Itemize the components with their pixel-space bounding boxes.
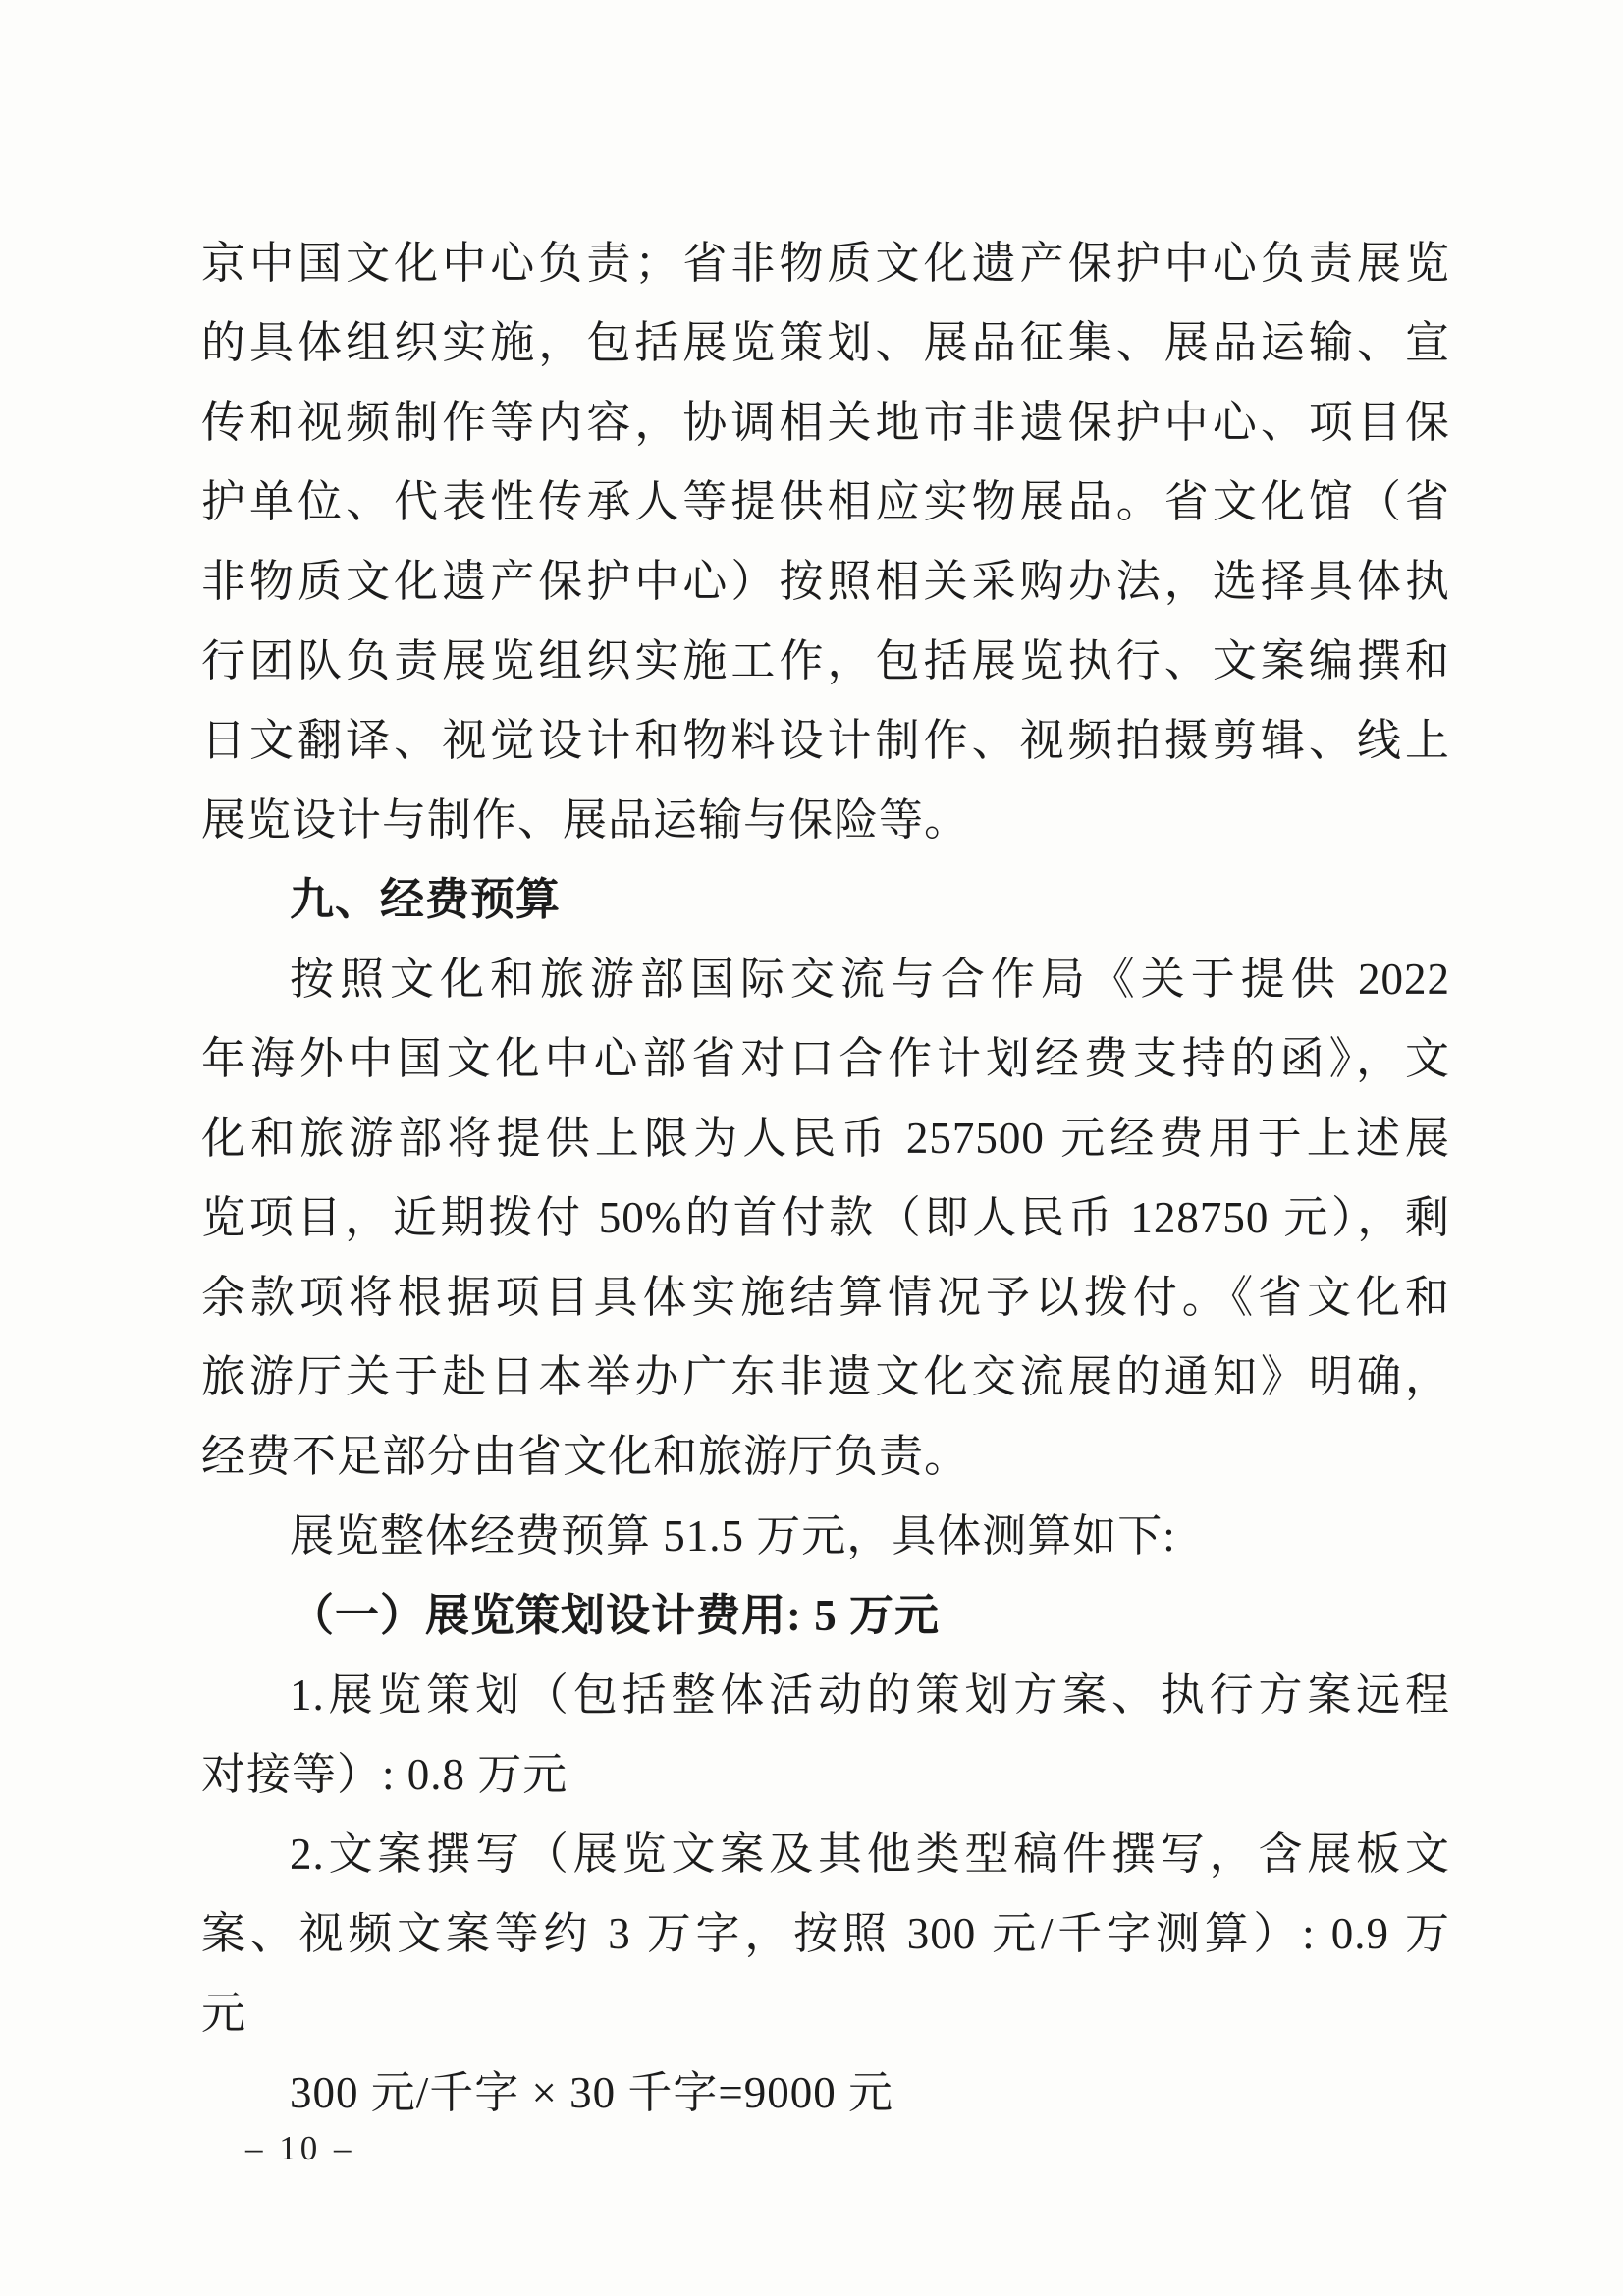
text-line: 行团队负责展览组织实施工作，包括展览执行、文案编撰和 [201,622,1450,701]
subsection-heading-planning-fee: （一）展览策划设计费用: 5 万元 [201,1576,1450,1656]
text-line: 展览设计与制作、展品运输与保险等。 [201,781,1450,860]
text-line: 案、视频文案等约 3 万字，按照 300 元/千字测算）: 0.9 万 [201,1894,1450,1974]
page-number: – 10 – [245,2129,355,2168]
section-heading-budget: 九、经费预算 [201,860,1450,940]
text-line: 1.展览策划（包括整体活动的策划方案、执行方案远程 [201,1656,1450,1735]
text-line: 年海外中国文化中心部省对口合作计划经费支持的函》，文 [201,1019,1450,1099]
text-line: 按照文化和旅游部国际交流与合作局《关于提供 2022 [201,940,1450,1019]
text-line: 对接等）: 0.8 万元 [201,1735,1450,1815]
text-line: 化和旅游部将提供上限为人民币 257500 元经费用于上述展 [201,1099,1450,1178]
text-line: 护单位、代表性传承人等提供相应实物展品。省文化馆（省 [201,463,1450,542]
text-line: 京中国文化中心负责；省非物质文化遗产保护中心负责展览 [201,224,1450,303]
text-line: 的具体组织实施，包括展览策划、展品征集、展品运输、宣 [201,303,1450,383]
document-body: 京中国文化中心负责；省非物质文化遗产保护中心负责展览 的具体组织实施，包括展览策… [201,224,1450,2133]
text-line: 元 [201,1974,1450,2053]
text-line: 旅游厅关于赴日本举办广东非遗文化交流展的通知》明确， [201,1338,1450,1417]
text-line: 展览整体经费预算 51.5 万元，具体测算如下: [201,1497,1450,1576]
text-line: 2.文案撰写（展览文案及其他类型稿件撰写，含展板文 [201,1815,1450,1894]
document-page: 京中国文化中心负责；省非物质文化遗产保护中心负责展览 的具体组织实施，包括展览策… [0,0,1623,2296]
text-line: 览项目，近期拨付 50%的首付款（即人民币 128750 元），剩 [201,1178,1450,1258]
text-line: 余款项将根据项目具体实施结算情况予以拨付。《省文化和 [201,1258,1450,1338]
text-line: 日文翻译、视觉设计和物料设计制作、视频拍摄剪辑、线上 [201,701,1450,781]
text-line: 非物质文化遗产保护中心）按照相关采购办法，选择具体执 [201,542,1450,622]
text-line: 传和视频制作等内容，协调相关地市非遗保护中心、项目保 [201,383,1450,463]
text-line: 经费不足部分由省文化和旅游厅负责。 [201,1417,1450,1497]
text-line-formula: 300 元/千字 × 30 千字=9000 元 [201,2053,1450,2133]
